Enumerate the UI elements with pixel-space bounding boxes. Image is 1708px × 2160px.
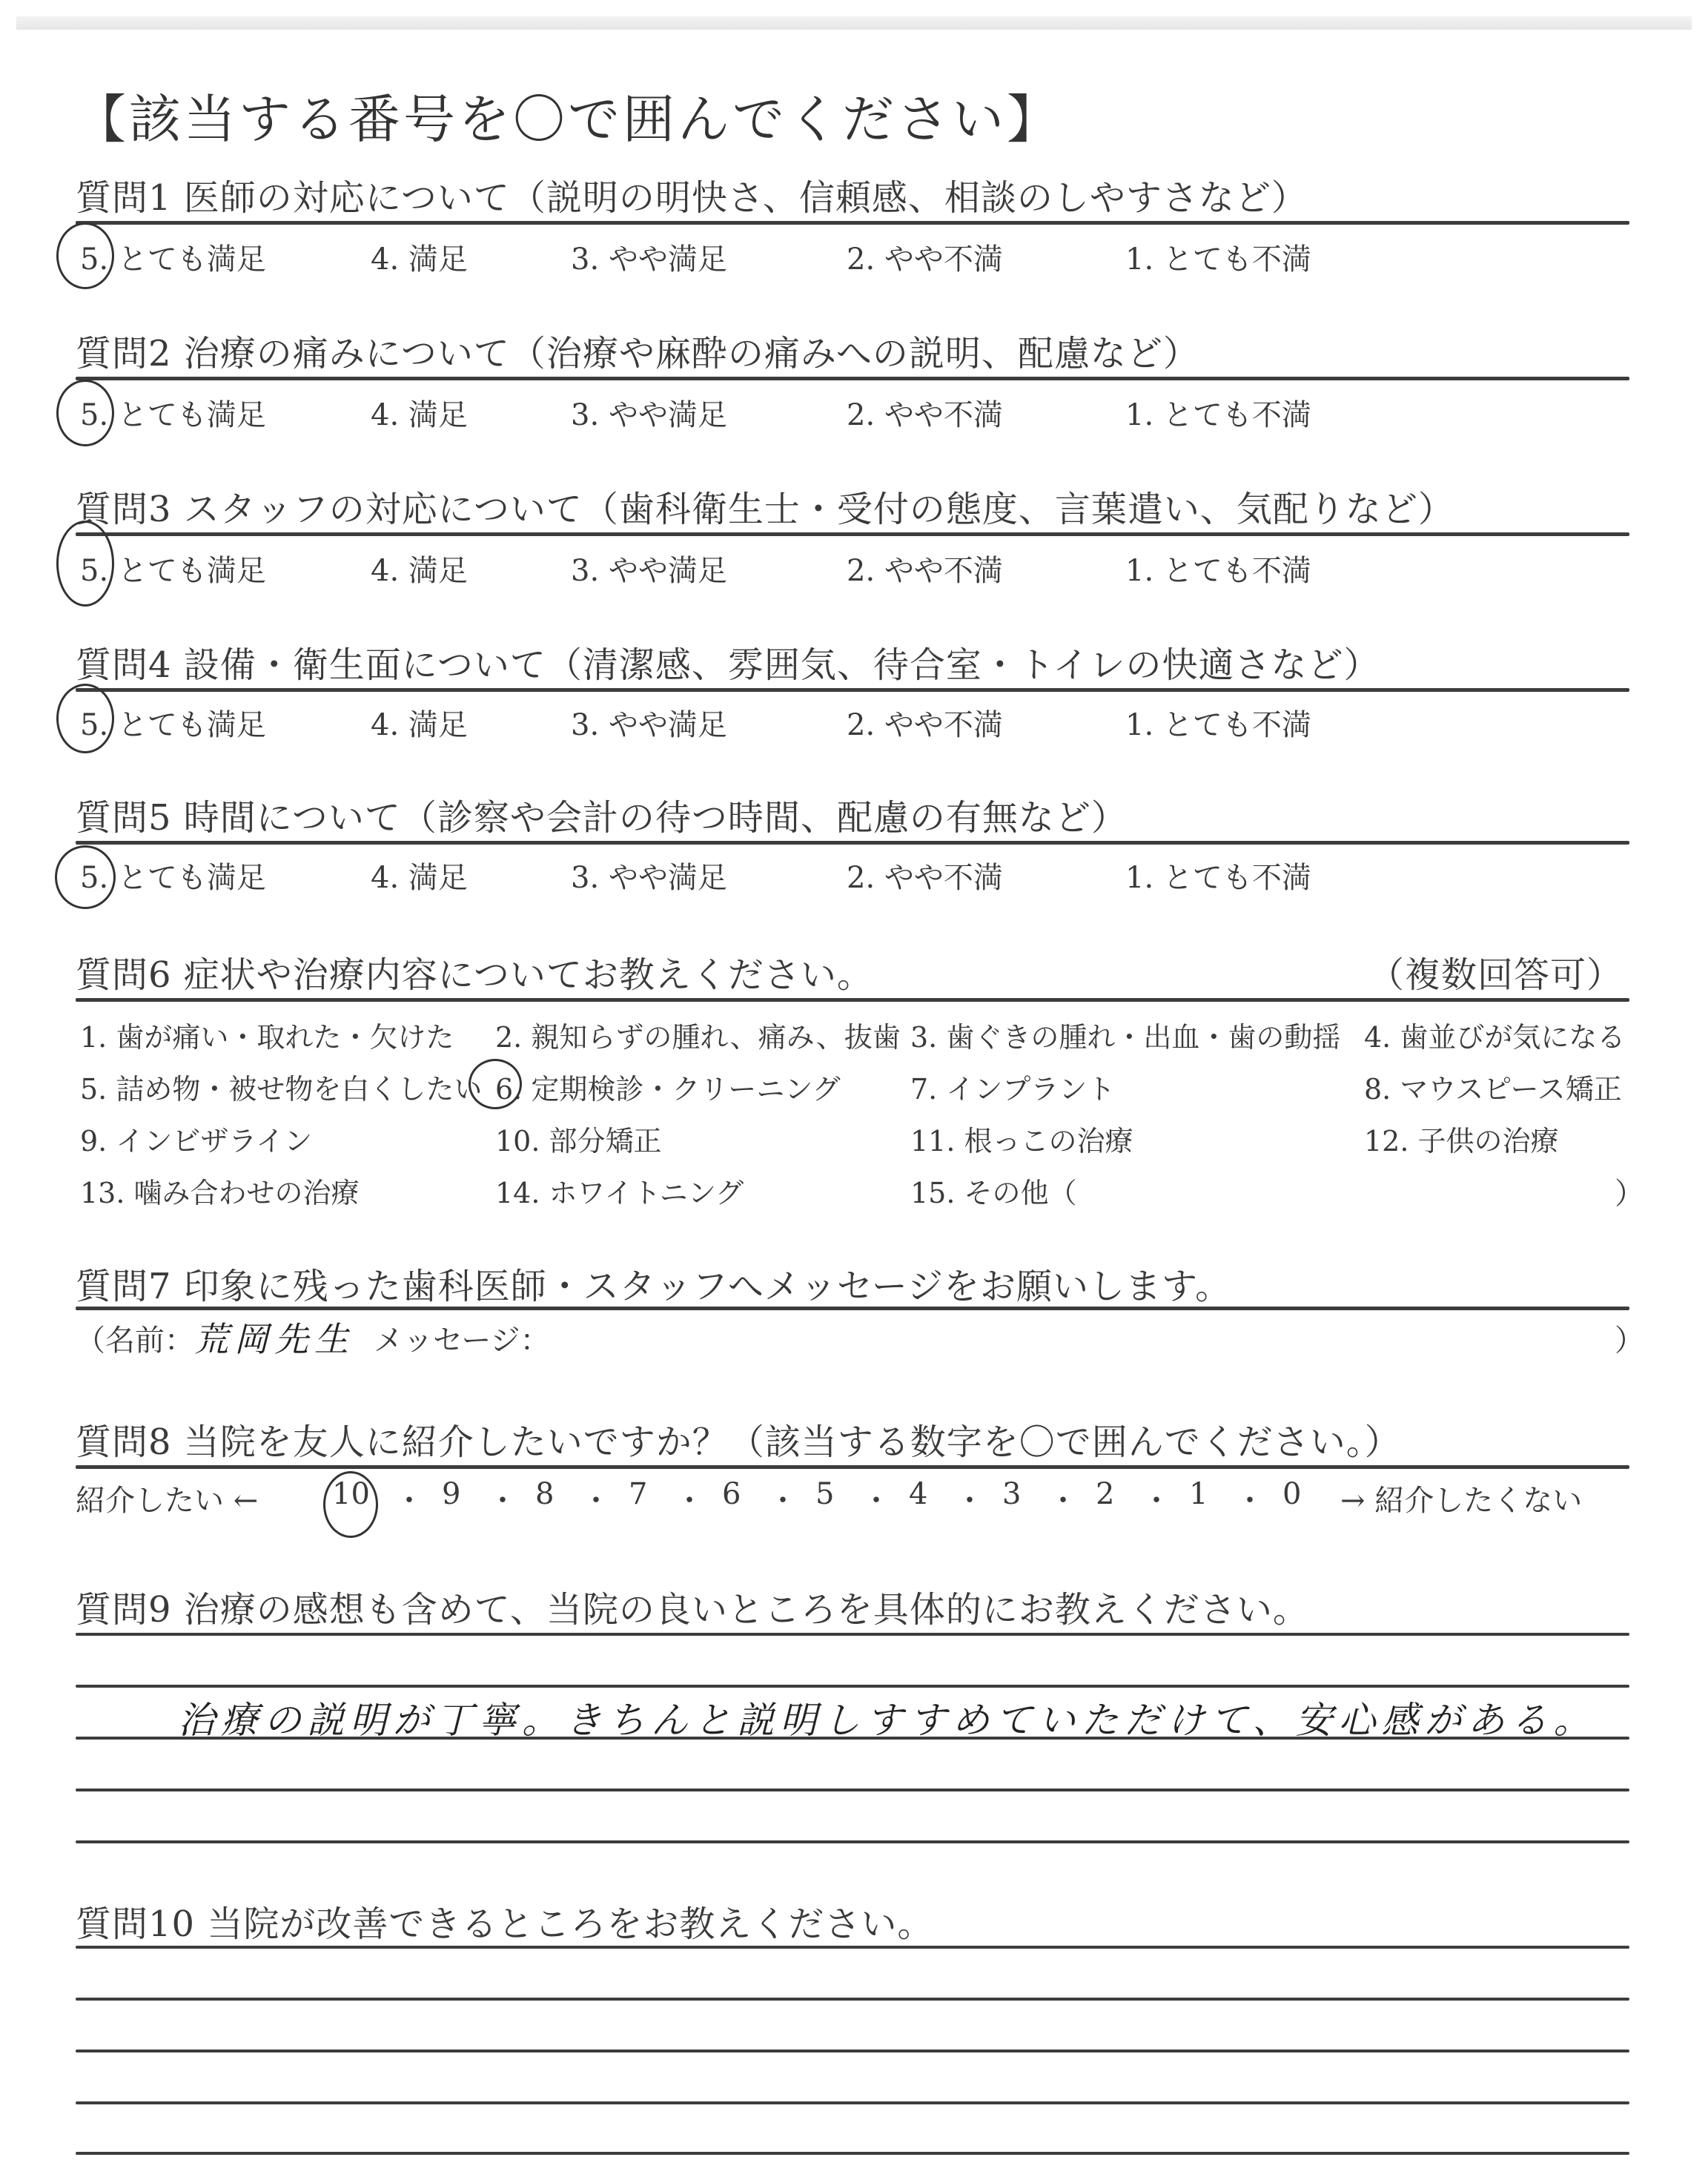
answer-line: [76, 1685, 1629, 1688]
option-4[interactable]: 4. 満足: [371, 547, 468, 589]
answer-line: [76, 1633, 1629, 1636]
option-2[interactable]: 2. やや不満: [847, 854, 1003, 896]
question-7-label: 質問7 印象に残った歯科医師・スタッフへメッセージをお願いします。: [76, 1258, 1231, 1309]
divider: [76, 1465, 1629, 1469]
close-paren: ）: [1615, 1317, 1644, 1359]
answer-line: [76, 1840, 1629, 1843]
message-label: メッセージ：: [374, 1317, 550, 1359]
recommend-right-label: → 紹介したくない: [1340, 1477, 1582, 1519]
option-1[interactable]: 1. とても不満: [1125, 701, 1311, 744]
answer-line: [76, 2152, 1629, 2155]
scale-2[interactable]: 2: [1096, 1477, 1114, 1511]
selection-circle-mark: [56, 684, 114, 753]
symptom-option-10[interactable]: 10. 部分矯正: [495, 1118, 662, 1159]
option-2[interactable]: 2. やや不満: [847, 392, 1003, 434]
name-handwritten-value[interactable]: 荒岡先生: [194, 1312, 354, 1361]
option-1[interactable]: 1. とても不満: [1125, 392, 1311, 434]
separator: ・: [861, 1477, 891, 1519]
selection-circle-mark: [56, 380, 114, 446]
symptom-option-12[interactable]: 12. 子供の治療: [1364, 1118, 1559, 1159]
scale-7[interactable]: 7: [629, 1477, 647, 1511]
option-2[interactable]: 2. やや不満: [847, 701, 1003, 744]
symptom-option-4[interactable]: 4. 歯並びが気になる: [1364, 1014, 1625, 1055]
scale-8[interactable]: 8: [535, 1477, 554, 1511]
separator: ・: [768, 1477, 798, 1519]
selection-circle-mark: [55, 845, 116, 909]
question-5-label: 質問5 時間について（診察や会計の待つ時間、配慮の有無など）: [76, 789, 1128, 840]
option-4[interactable]: 4. 満足: [371, 701, 468, 744]
divider: [76, 688, 1629, 692]
option-3[interactable]: 3. やや満足: [571, 392, 727, 434]
symptom-option-5[interactable]: 5. 詰め物・被せ物を白くしたい: [80, 1066, 482, 1107]
separator: ・: [675, 1477, 704, 1519]
page-title: 【該当する番号を〇で囲んでください】: [74, 78, 1062, 153]
option-4[interactable]: 4. 満足: [371, 236, 468, 278]
scale-0[interactable]: 0: [1282, 1477, 1301, 1511]
option-2[interactable]: 2. やや不満: [847, 547, 1003, 589]
question-2-label: 質問2 治療の痛みについて（治療や麻酔の痛みへの説明、配慮など）: [76, 325, 1199, 376]
other-close-paren: ）: [1615, 1170, 1644, 1212]
separator: ・: [1142, 1477, 1171, 1519]
option-1[interactable]: 1. とても不満: [1125, 236, 1311, 278]
question-10-label: 質問10 当院が改善できるところをお教えください。: [76, 1895, 933, 1946]
selection-circle-mark: [56, 222, 114, 289]
answer-line: [76, 1998, 1629, 2001]
symptom-option-3[interactable]: 3. 歯ぐきの腫れ・出血・歯の動揺: [910, 1014, 1340, 1055]
symptom-option-11[interactable]: 11. 根っこの治療: [910, 1118, 1133, 1159]
option-3[interactable]: 3. やや満足: [571, 854, 727, 896]
question-4-label: 質問4 設備・衛生面について（清潔感、雰囲気、待合室・トイレの快適さなど）: [76, 636, 1380, 687]
answer-line: [76, 1789, 1629, 1791]
symptom-option-14[interactable]: 14. ホワイトニング: [495, 1170, 744, 1211]
separator: ・: [1235, 1477, 1265, 1519]
answer-line: [76, 2050, 1629, 2052]
separator: ・: [394, 1477, 424, 1519]
multiple-answer-note: （複数回答可）: [1368, 946, 1623, 997]
scale-3[interactable]: 3: [1002, 1477, 1021, 1511]
separator: ・: [955, 1477, 984, 1519]
symptom-option-13[interactable]: 13. 噛み合わせの治療: [80, 1170, 360, 1211]
selection-circle-mark: [323, 1471, 378, 1538]
option-3[interactable]: 3. やや満足: [571, 547, 727, 589]
scale-6[interactable]: 6: [722, 1477, 741, 1511]
option-1[interactable]: 1. とても不満: [1125, 854, 1311, 896]
divider: [76, 377, 1629, 380]
name-label: （名前：: [76, 1317, 194, 1359]
option-1[interactable]: 1. とても不満: [1125, 547, 1311, 589]
divider: [76, 998, 1629, 1002]
question-3-label: 質問3 スタッフの対応について（歯科衛生士・受付の態度、言葉遣い、気配りなど）: [76, 480, 1454, 532]
separator: ・: [1048, 1477, 1078, 1519]
selection-circle-mark: [56, 521, 114, 607]
scale-5[interactable]: 5: [815, 1477, 834, 1511]
option-3[interactable]: 3. やや満足: [571, 236, 727, 278]
divider: [76, 532, 1629, 536]
question-9-label: 質問9 治療の感想も含めて、当院の良いところを具体的にお教えください。: [76, 1581, 1309, 1632]
recommend-left-label: 紹介したい ←: [76, 1477, 258, 1519]
scale-9[interactable]: 9: [442, 1477, 460, 1511]
divider: [76, 221, 1629, 225]
scale-1[interactable]: 1: [1189, 1477, 1208, 1511]
symptom-option-8[interactable]: 8. マウスピース矯正: [1364, 1066, 1622, 1107]
symptom-option-7[interactable]: 7. インプラント: [910, 1066, 1115, 1107]
answer-line: [76, 1737, 1629, 1740]
separator: ・: [581, 1477, 611, 1519]
scale-4[interactable]: 4: [909, 1477, 927, 1511]
option-4[interactable]: 4. 満足: [371, 392, 468, 434]
question-6-label: 質問6 症状や治療内容についてお教えください。: [76, 946, 873, 997]
symptom-option-15-other[interactable]: 15. その他（: [910, 1170, 1077, 1211]
selection-circle-mark: [469, 1059, 522, 1109]
separator: ・: [488, 1477, 517, 1519]
symptom-option-9[interactable]: 9. インビザライン: [80, 1118, 312, 1159]
option-3[interactable]: 3. やや満足: [571, 701, 727, 744]
option-2[interactable]: 2. やや不満: [847, 236, 1003, 278]
option-4[interactable]: 4. 満足: [371, 854, 468, 896]
question-1-label: 質問1 医師の対応について（説明の明快さ、信頼感、相談のしやすさなど）: [76, 169, 1308, 220]
answer-line: [76, 1946, 1629, 1949]
answer-line: [76, 2101, 1629, 2104]
divider: [76, 1307, 1629, 1310]
symptom-option-6[interactable]: 6. 定期検診・クリーニング: [495, 1066, 841, 1107]
symptom-option-1[interactable]: 1. 歯が痛い・取れた・欠けた: [80, 1014, 454, 1055]
scan-edge-band: [16, 16, 1692, 30]
divider: [76, 841, 1629, 845]
question-8-label: 質問8 当院を友人に紹介したいですか？（該当する数字を〇で囲んでください。）: [76, 1413, 1401, 1464]
symptom-option-2[interactable]: 2. 親知らずの腫れ、痛み、抜歯: [495, 1014, 901, 1055]
